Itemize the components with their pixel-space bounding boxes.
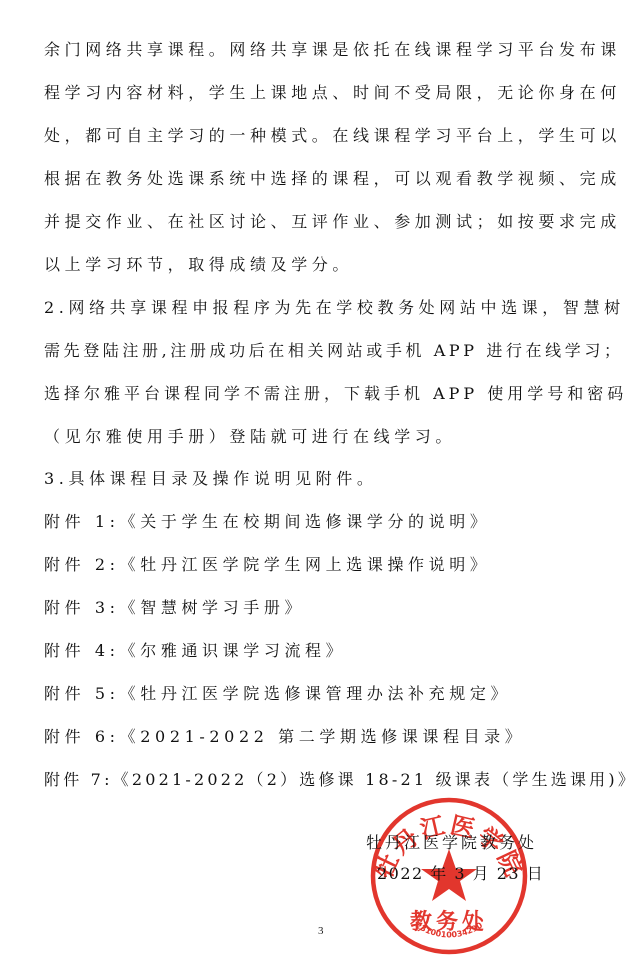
attachment-item: 附件 5:《牡丹江医学院选修课管理办法补充规定》 bbox=[44, 684, 589, 704]
page-number: 3 bbox=[318, 925, 324, 937]
signature-date: 2022 年 3 月 23 日 bbox=[377, 864, 544, 884]
attachment-item: 附件 6:《2021-2022 第二学期选修课课程目录》 bbox=[44, 727, 589, 747]
paragraph-2-line: 选择尔雅平台课程同学不需注册，下载手机 APP 使用学号和密码 bbox=[44, 384, 589, 404]
paragraph-2-line: 需先登陆注册,注册成功后在相关网站或手机 APP 进行在线学习； bbox=[44, 341, 589, 361]
signature-office: 牡丹江医学院教务处 bbox=[366, 833, 537, 853]
paragraph-3: 3.具体课程目录及操作说明见附件。 bbox=[44, 469, 589, 489]
paragraph-2-line: （见尔雅使用手册）登陆就可进行在线学习。 bbox=[44, 427, 589, 447]
paragraph-1-line: 程学习内容材料，学生上课地点、时间不受局限，无论你身在何 bbox=[44, 83, 589, 103]
attachment-item: 附件 4:《尔雅通识课学习流程》 bbox=[44, 641, 589, 661]
paragraph-1-line: 并提交作业、在社区讨论、互评作业、参加测试；如按要求完成 bbox=[44, 212, 589, 232]
paragraph-1-line: 根据在教务处选课系统中选择的课程，可以观看教学视频、完成 bbox=[44, 169, 589, 189]
attachment-item: 附件 7:《2021-2022（2）选修课 18-21 级课表（学生选课用)》 bbox=[44, 770, 589, 790]
document-page: 余门网络共享课程。网络共享课是依托在线课程学习平台发布课 程学习内容材料，学生上… bbox=[0, 0, 627, 961]
paragraph-2-line: 2.网络共享课程申报程序为先在学校教务处网站中选课，智慧树 bbox=[44, 298, 589, 318]
attachment-item: 附件 3:《智慧树学习手册》 bbox=[44, 598, 589, 618]
paragraph-1-line: 余门网络共享课程。网络共享课是依托在线课程学习平台发布课 bbox=[44, 40, 589, 60]
paragraph-1-line: 处，都可自主学习的一种模式。在线课程学习平台上，学生可以 bbox=[44, 126, 589, 146]
attachment-item: 附件 2:《牡丹江医学院学生网上选课操作说明》 bbox=[44, 555, 589, 575]
attachment-item: 附件 1:《关于学生在校期间选修课学分的说明》 bbox=[44, 512, 589, 532]
paragraph-1-line: 以上学习环节，取得成绩及学分。 bbox=[44, 255, 589, 275]
